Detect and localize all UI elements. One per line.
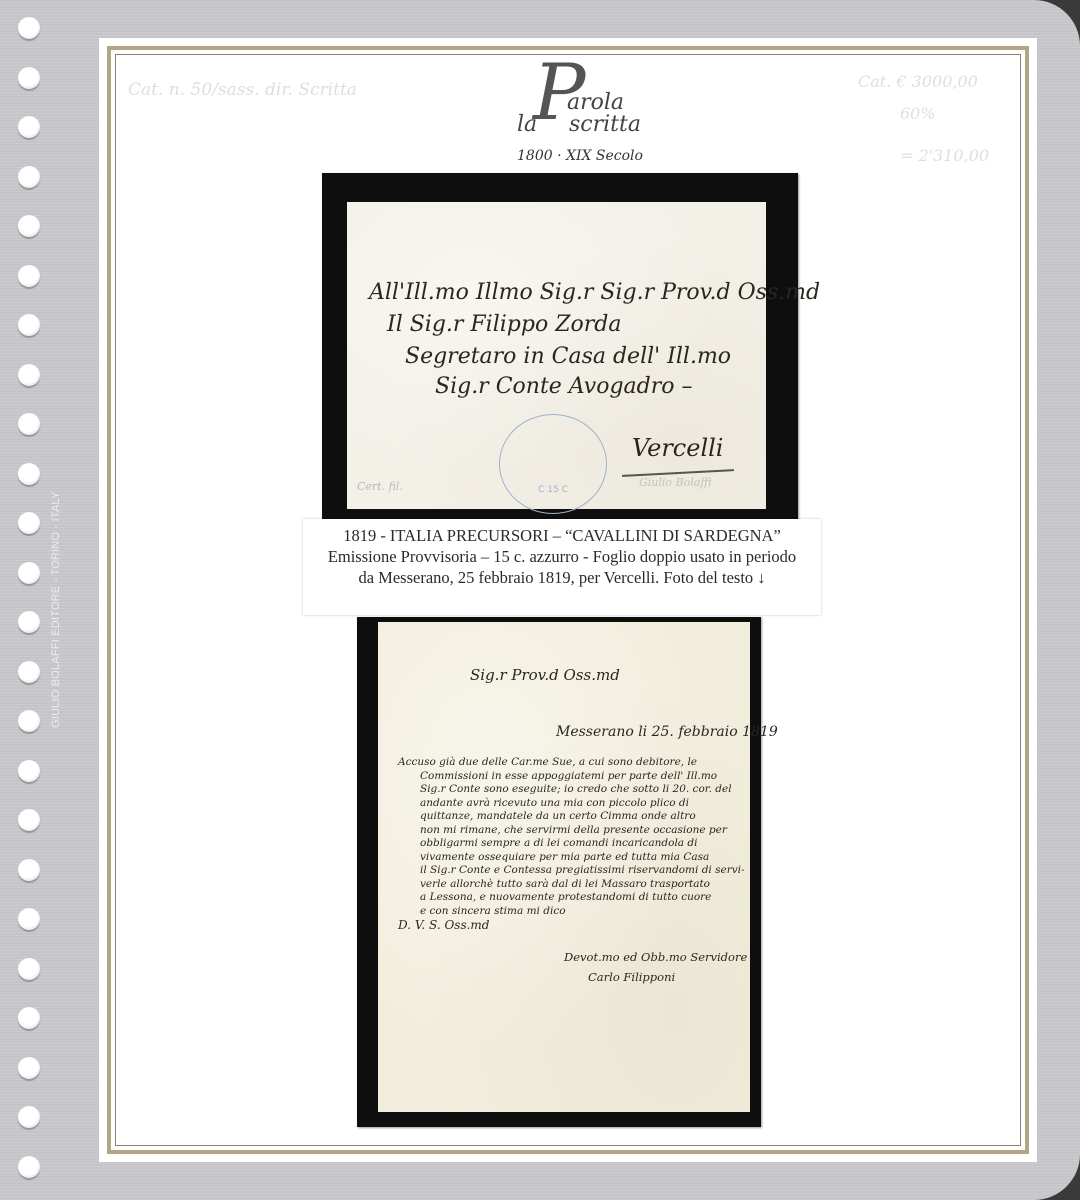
binder-hole: [18, 859, 40, 881]
destination-vercelli: Vercelli: [632, 434, 723, 462]
binder-hole: [18, 1156, 40, 1178]
address-line-1: All'Ill.mo Illmo Sig.r Sig.r Prov.d Oss.…: [369, 280, 820, 305]
binder-hole: [18, 908, 40, 930]
cover-letter[interactable]: All'Ill.mo Illmo Sig.r Sig.r Prov.d Oss.…: [347, 202, 766, 509]
binder-hole: [18, 710, 40, 732]
pencil-note-value-1: Cat. € 3000,00: [858, 72, 978, 91]
pencil-note-value-3: = 2'310,00: [900, 146, 989, 165]
caption-line-3: da Messerano, 25 febbraio 1819, per Verc…: [303, 567, 821, 588]
publisher-spine-text: GIULIO BOLAFFI EDITORE - TORINO - ITALY: [50, 491, 62, 728]
binder-hole: [18, 1106, 40, 1128]
album-page: GIULIO BOLAFFI EDITORE - TORINO - ITALY …: [0, 0, 1080, 1200]
description-caption: 1819 - ITALIA PRECURSORI – “CAVALLINI DI…: [303, 519, 821, 615]
letter-body: Accuso già due delle Car.me Sue, a cui s…: [398, 756, 743, 918]
binder-hole: [18, 116, 40, 138]
cover-pencil-right: Giulio Bolaffi: [639, 476, 712, 489]
letter-body-line: obbligarmi sempre a di lei comandi incar…: [398, 837, 743, 851]
letter-dateline: Messerano li 25. febbraio 1819: [556, 724, 778, 740]
binder-hole: [18, 413, 40, 435]
letter-body-line: vivamente ossequiare per mia parte ed tu…: [398, 851, 743, 865]
binder-hole: [18, 1007, 40, 1029]
binder-hole: [18, 67, 40, 89]
binder-hole: [18, 463, 40, 485]
caption-line-2: Emissione Provvisoria – 15 c. azzurro - …: [303, 546, 821, 567]
binder-hole: [18, 562, 40, 584]
letter-body-line: Sig.r Conte sono eseguite; io credo che …: [398, 783, 743, 797]
binder-hole: [18, 314, 40, 336]
letter-body-line: quittanze, mandatele da un certo Cimma o…: [398, 810, 743, 824]
logo-la: la: [517, 112, 537, 137]
letter-body-line: Commissioni in esse appoggiatemi per par…: [398, 770, 743, 784]
binder-hole: [18, 364, 40, 386]
pencil-note-catalog: Cat. n. 50/sass. dir. Scritta: [128, 80, 357, 100]
pencil-note-value-2: 60%: [900, 104, 936, 123]
logo-era: 1800 · XIX Secolo: [517, 148, 643, 164]
inner-letter[interactable]: Sig.r Prov.d Oss.md Messerano li 25. feb…: [378, 622, 750, 1112]
binder-hole: [18, 17, 40, 39]
binder-hole: [18, 661, 40, 683]
letter-closing: D. V. S. Oss.md: [398, 918, 489, 932]
address-line-3: Segretaro in Casa dell' Ill.mo: [405, 344, 731, 369]
binder-hole: [18, 166, 40, 188]
letter-body-line: e con sincera stima mi dico: [398, 905, 743, 919]
logo-scritta: scritta: [569, 112, 641, 137]
letter-body-line: il Sig.r Conte e Contessa pregiatissimi …: [398, 864, 743, 878]
binder-hole: [18, 215, 40, 237]
binder-hole: [18, 958, 40, 980]
address-line-4: Sig.r Conte Avogadro –: [435, 374, 693, 399]
letter-body-line: Accuso già due delle Car.me Sue, a cui s…: [398, 756, 743, 770]
letter-body-line: verle allorchè tutto sarà dal di lei Mas…: [398, 878, 743, 892]
binder-hole: [18, 265, 40, 287]
binder-hole: [18, 809, 40, 831]
binder-hole: [18, 512, 40, 534]
binder-hole: [18, 760, 40, 782]
binder-hole: [18, 1057, 40, 1079]
address-line-2: Il Sig.r Filippo Zorda: [387, 312, 621, 337]
cover-pencil-left: Cert. fil.: [357, 480, 403, 493]
letter-salutation: Sig.r Prov.d Oss.md: [470, 666, 620, 684]
caption-line-1: 1819 - ITALIA PRECURSORI – “CAVALLINI DI…: [303, 525, 821, 546]
cavallino-stamp: C 15 C: [499, 414, 607, 514]
letter-body-line: a Lessona, e nuovamente protestandomi di…: [398, 891, 743, 905]
stamp-value: C 15 C: [500, 485, 606, 495]
signature-line-1: Devot.mo ed Obb.mo Servidore: [564, 950, 747, 964]
letter-body-line: andante avrà ricevuto una mia con piccol…: [398, 797, 743, 811]
signature-line-2: Carlo Filipponi: [588, 970, 675, 984]
la-parola-scritta-logo: P la arola scritta 1800 · XIX Secolo: [505, 60, 645, 170]
binder-hole: [18, 611, 40, 633]
letter-body-line: non mi rimane, che servirmi della presen…: [398, 824, 743, 838]
